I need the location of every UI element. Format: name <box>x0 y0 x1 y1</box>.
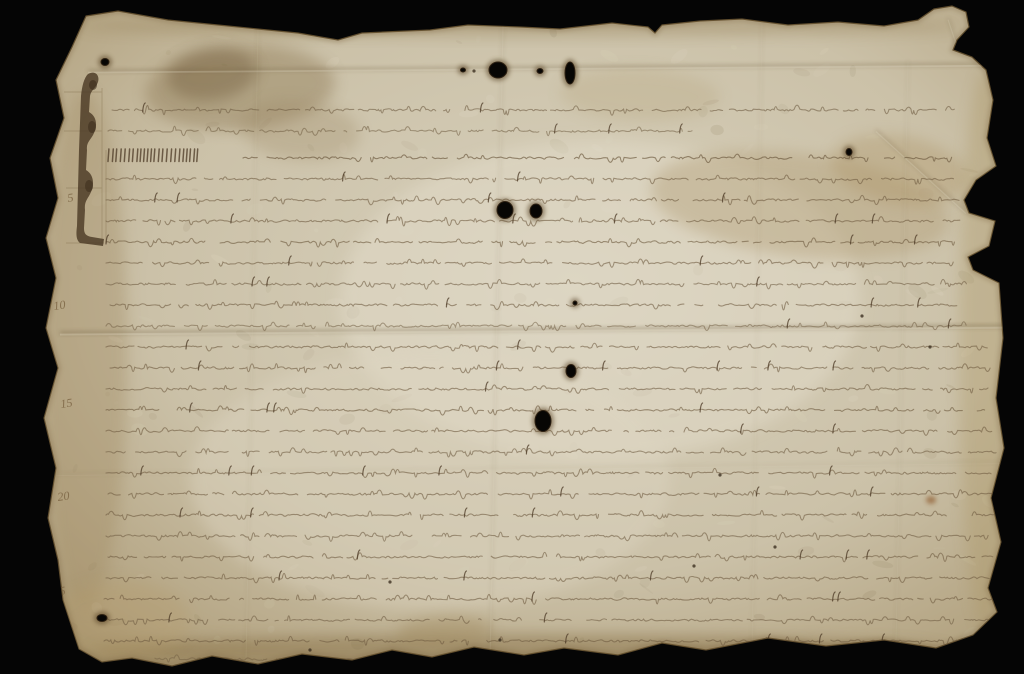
hole <box>537 69 543 74</box>
hole <box>535 411 551 432</box>
hole <box>461 68 466 72</box>
ink-speck <box>388 580 391 583</box>
manuscript-photograph: 5 10 15 20 25 <box>0 0 1024 674</box>
margin-number-15: 15 <box>59 395 73 411</box>
ink-speck <box>472 69 475 72</box>
ink-speck <box>498 638 501 641</box>
hole <box>489 62 507 78</box>
ink-speck <box>773 545 776 548</box>
hole <box>97 615 107 622</box>
rust-spot <box>926 496 936 504</box>
margin-number-10: 10 <box>52 297 66 313</box>
hole <box>565 62 575 84</box>
hole <box>497 202 513 219</box>
hole <box>566 365 576 378</box>
ink-speck <box>860 314 863 317</box>
hole <box>101 59 109 66</box>
hole <box>573 301 577 305</box>
margin-number-20: 20 <box>56 488 70 504</box>
hole <box>530 204 542 218</box>
ink-speck <box>718 473 721 476</box>
hole <box>846 149 852 156</box>
parchment-scene: 5 10 15 20 25 <box>0 0 1024 674</box>
ink-speck <box>928 345 931 348</box>
ink-speck <box>308 648 311 651</box>
ink-speck <box>692 564 695 567</box>
